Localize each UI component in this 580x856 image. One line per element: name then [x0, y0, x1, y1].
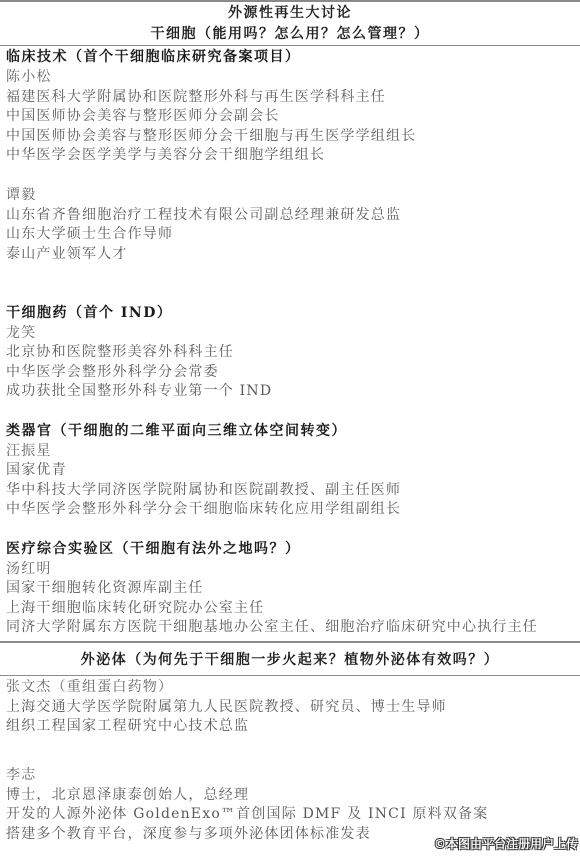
person-role: 组织工程国家工程研究中心技术总监 — [6, 716, 249, 736]
exosome-top-rule — [0, 641, 580, 643]
person-name: 张文杰（重组蛋白药物） — [6, 677, 173, 697]
person-name: 陈小松 — [6, 67, 52, 87]
person-role: 上海交通大学医学院附属第九人民医院教授、研究员、博士生导师 — [6, 697, 447, 717]
upload-watermark: ©本图由平台注册用户上传 — [434, 835, 578, 852]
exosome-heading-rule — [0, 675, 580, 676]
document-subtitle: 干细胞（能用吗？怎么用？怎么管理？） — [0, 24, 580, 44]
person-role: 泰山产业领军人才 — [6, 244, 128, 264]
person-role: 山东大学硕士生合作导师 — [6, 224, 173, 244]
person-role: 华中科技大学同济医学院附属协和医院副教授、副主任医师 — [6, 480, 401, 500]
person-role: 开发的人源外泌体 GoldenExo™首创国际 DMF 及 INCI 原料双备案 — [6, 804, 488, 824]
person-name: 谭毅 — [6, 185, 36, 205]
person-role: 中华医学会医学美学与美容分会干细胞学组组长 — [6, 145, 325, 165]
person-role: 北京协和医院整形美容外科科主任 — [6, 342, 234, 362]
person-role: 国家优青 — [6, 460, 67, 480]
person-role: 中华医学会整形外科学分会常委 — [6, 362, 219, 382]
person-name: 龙笑 — [6, 323, 36, 343]
person-name: 汪振星 — [6, 441, 52, 461]
person-role: 中华医学会整形外科学分会干细胞临床转化应用学组副组长 — [6, 499, 401, 519]
person-role: 搭建多个教育平台，深度参与多项外泌体团体标准发表 — [6, 824, 371, 844]
person-role: 同济大学附属东方医院干细胞基地办公室主任、细胞治疗临床研究中心执行主任 — [6, 617, 538, 637]
person-role: 博士，北京恩泽康泰创始人，总经理 — [6, 785, 249, 805]
person-role: 成功获批全国整形外科专业第一个 IND — [6, 381, 272, 401]
person-name: 李志 — [6, 765, 36, 785]
exosome-heading: 外泌体（为何先于干细胞一步火起来？植物外泌体有效吗？） — [0, 650, 580, 670]
section-heading-pilot-zone: 医疗综合实验区（干细胞有法外之地吗？） — [6, 539, 301, 559]
person-role: 国家干细胞转化资源库副主任 — [6, 578, 204, 598]
header-rule — [0, 45, 580, 46]
section-heading-clinical: 临床技术（首个干细胞临床研究备案项目） — [6, 47, 301, 67]
person-role: 福建医科大学附属协和医院整形外科与再生医学科科主任 — [6, 87, 386, 107]
section-heading-organoid: 类器官（干细胞的二维平面向三维立体空间转变） — [6, 421, 347, 441]
person-name: 汤红明 — [6, 559, 52, 579]
document-title: 外源性再生大讨论 — [0, 3, 580, 23]
person-role: 中国医师协会美容与整形医师分会副会长 — [6, 106, 280, 126]
person-role: 山东省齐鲁细胞治疗工程技术有限公司副总经理兼研发总监 — [6, 205, 401, 225]
top-rule — [0, 0, 580, 2]
section-heading-stem-cell-drug: 干细胞药（首个 IND） — [6, 303, 172, 323]
person-role: 中国医师协会美容与整形医师分会干细胞与再生医学学组组长 — [6, 126, 416, 146]
person-role: 上海干细胞临床转化研究院办公室主任 — [6, 598, 264, 618]
